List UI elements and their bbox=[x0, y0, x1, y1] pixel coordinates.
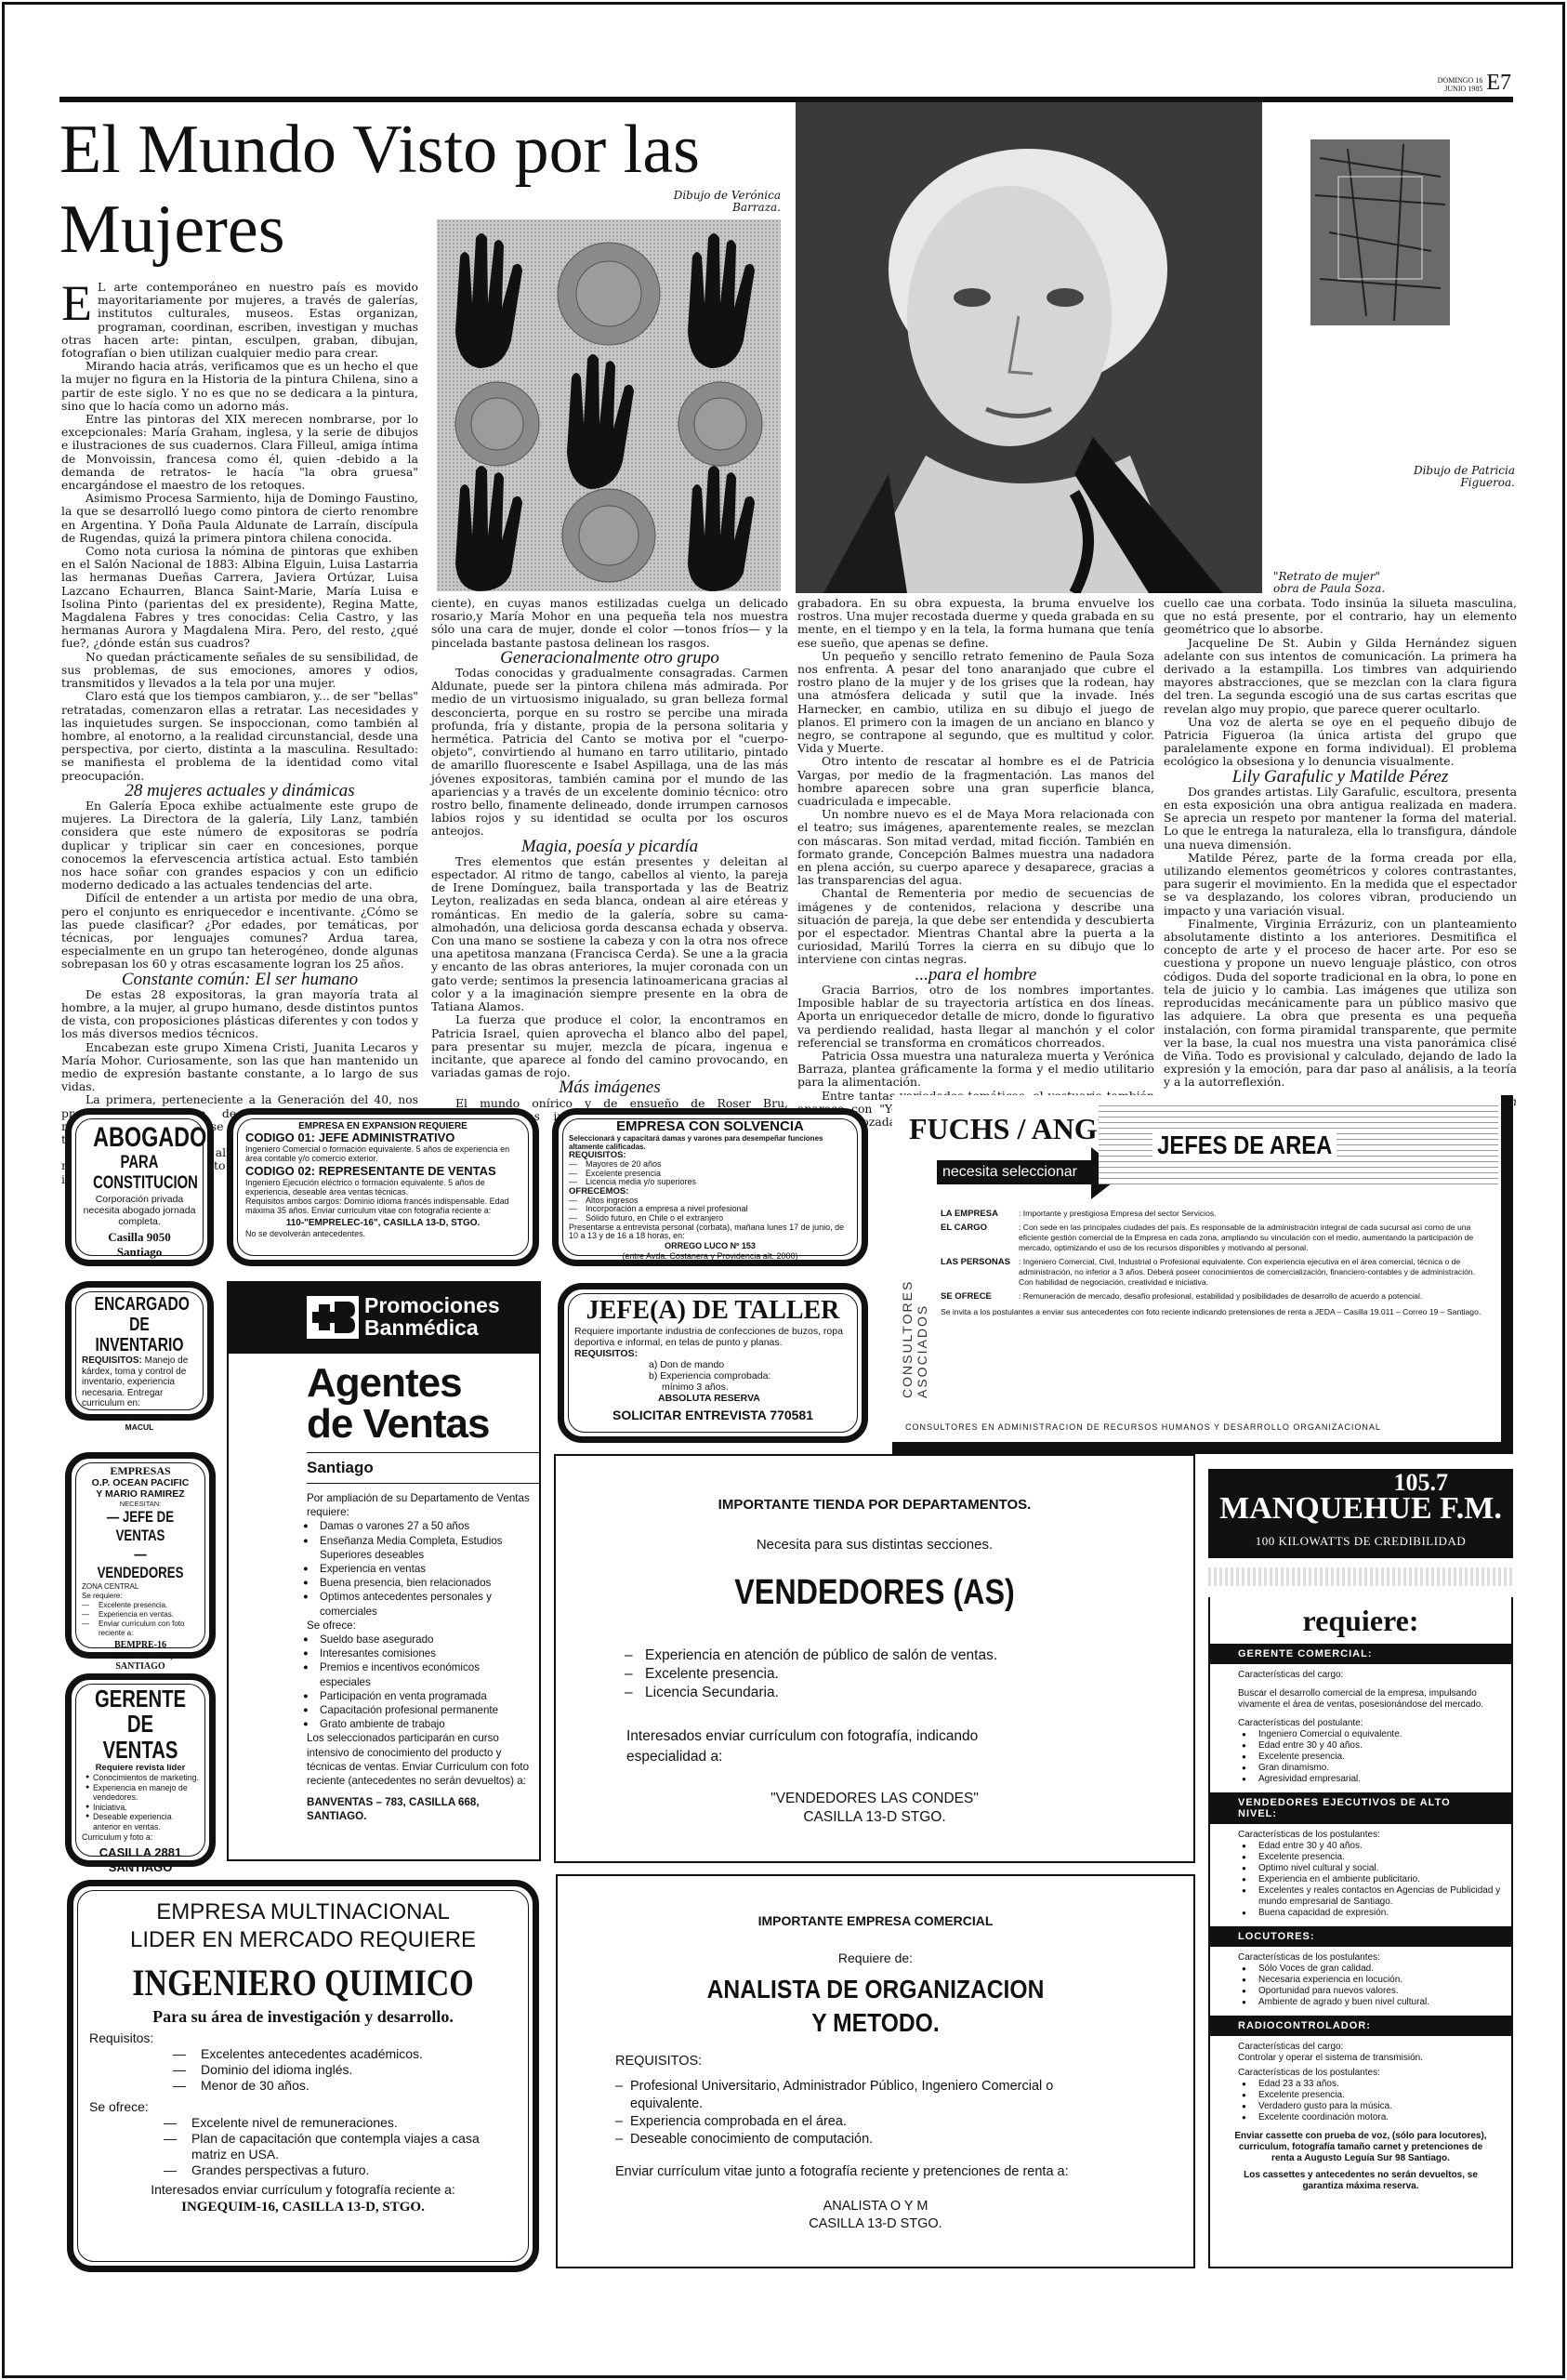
hands-plates-drawing bbox=[437, 219, 781, 591]
article-column-1: EL arte contemporáneo en nuestro país es… bbox=[61, 281, 418, 1186]
drawing-patricia-figueroa bbox=[1310, 139, 1450, 325]
manquehue-header: 105.7 MANQUEHUE F.M. 100 KILOWATTS DE CR… bbox=[1208, 1469, 1513, 1558]
ad-abogado: ABOGADO PARA CONSTITUCION Corporación pr… bbox=[65, 1108, 214, 1266]
manquehue-separator bbox=[1208, 1567, 1513, 1586]
solvencia-requirements: Mayores de 20 añosExcelente presenciaLic… bbox=[569, 1160, 851, 1187]
subhead-generacionalmente: Generacionalmente otro grupo bbox=[431, 652, 788, 665]
ingeniero-title: INGENIERO QUIMICO bbox=[122, 1960, 485, 2006]
gerente-requirements: Conocimientos de marketing.Experiencia e… bbox=[82, 1773, 199, 1831]
manquehue-requires: requiere: bbox=[1210, 1597, 1511, 1644]
ad-fuchs-anguita: FUCHS / ANGUITA necesita seleccionar JEF… bbox=[892, 1095, 1513, 1454]
ad-empresa-expansion: EMPRESA EN EXPANSION REQUIERE CODIGO 01:… bbox=[227, 1108, 539, 1266]
ad-encargado-inventario: ENCARGADO DE INVENTARIO REQUISITOS: Mane… bbox=[65, 1281, 214, 1421]
banmedica-city: Santiago bbox=[307, 1453, 539, 1483]
ad-ingeniero-quimico: EMPRESA MULTINACIONAL LIDER EN MERCADO R… bbox=[67, 1880, 539, 2272]
page-folio: DOMINGO 16JUNIO 1985E7 bbox=[1438, 73, 1511, 93]
ad-ocean-pacific: EMPRESAS O.P. OCEAN PACIFIC Y MARIO RAMI… bbox=[65, 1452, 216, 1659]
illustration-hands-plates bbox=[437, 219, 781, 591]
solvencia-offers: Altos ingresosIncorporación a empresa a … bbox=[569, 1197, 851, 1223]
caption-barraza: Dibujo de Verónica Barraza. bbox=[651, 190, 781, 214]
fuchs-footer: CONSULTORES EN ADMINISTRACION DE RECURSO… bbox=[905, 1422, 1381, 1432]
portrait-painting-paula-soza bbox=[796, 102, 1262, 593]
analista-title: ANALISTA DE ORGANIZACIONY METODO. bbox=[596, 1973, 1155, 2040]
banmedica-body: Por ampliación de su Departamento de Ven… bbox=[307, 1484, 539, 1824]
ad-empresa-solvencia: EMPRESA CON SOLVENCIA Seleccionará y cap… bbox=[552, 1108, 868, 1266]
subhead-constante-comun: Constante común: El ser humano bbox=[61, 973, 418, 986]
figueroa-drawing bbox=[1310, 139, 1450, 325]
ad-vendedores-tienda: IMPORTANTE TIENDA POR DEPARTAMENTOS. Nec… bbox=[554, 1454, 1195, 1863]
banmedica-header: PromocionesBanmédica bbox=[229, 1283, 539, 1354]
banmedica-title: Agentesde Ventas bbox=[307, 1363, 539, 1445]
ad-jefe-taller: JEFE(A) DE TALLER Requiere importante in… bbox=[558, 1283, 868, 1443]
article-column-2: ciente), en cuyas manos estilizadas cuel… bbox=[431, 597, 788, 1136]
page-number: E7 bbox=[1486, 73, 1511, 93]
caption-paula-soza: "Retrato de mujer" obra de Paula Soza. bbox=[1273, 571, 1422, 595]
folio-date: DOMINGO 16JUNIO 1985 bbox=[1438, 76, 1483, 93]
fuchs-details: LA EMPRESA: Importante y prestigiosa Emp… bbox=[941, 1209, 1489, 1317]
subhead-28-mujeres: 28 mujeres actuales y dinámicas bbox=[61, 785, 418, 798]
top-rule bbox=[59, 97, 1513, 102]
fuchs-vertical-label: CONSULTORES ASOCIADOS bbox=[900, 1212, 929, 1398]
portrait-drawing bbox=[796, 102, 1262, 593]
subhead-para-el-hombre: ...para el hombre bbox=[797, 969, 1154, 982]
fuchs-tagline: necesita seleccionar bbox=[937, 1160, 1093, 1184]
ad-gerente-ventas: GERENTE DE VENTAS Requiere revista líder… bbox=[65, 1673, 216, 1867]
caption-figueroa: Dibujo de Patricia Figueroa. bbox=[1394, 465, 1515, 489]
ad-analista-organizacion: IMPORTANTE EMPRESA COMERCIAL Requiere de… bbox=[556, 1874, 1195, 2268]
tienda-title: VENDEDORES (AS) bbox=[603, 1573, 1145, 1613]
tienda-requirements: Experiencia en atención de público de sa… bbox=[625, 1646, 1193, 1702]
subhead-mas-imagenes: Más imágenes bbox=[431, 1081, 788, 1094]
drop-cap: E bbox=[61, 283, 92, 324]
subhead-magia: Magia, poesía y picardía bbox=[431, 840, 788, 853]
article-column-3: grabadora. En su obra expuesta, la bruma… bbox=[797, 597, 1154, 1129]
subhead-garafulic-perez: Lily Garafulic y Matilde Pérez bbox=[1164, 771, 1517, 784]
article-column-4: cuello cae una corbata. Todo insinúa la … bbox=[1164, 597, 1517, 1107]
fuchs-position: JEFES DE AREA bbox=[1152, 1130, 1337, 1160]
banmedica-logo-icon bbox=[307, 1296, 359, 1339]
ad-manquehue: requiere: GERENTE COMERCIAL: Característ… bbox=[1208, 1597, 1513, 2268]
ad-banmedica: PromocionesBanmédica Agentesde Ventas Sa… bbox=[227, 1281, 541, 1861]
